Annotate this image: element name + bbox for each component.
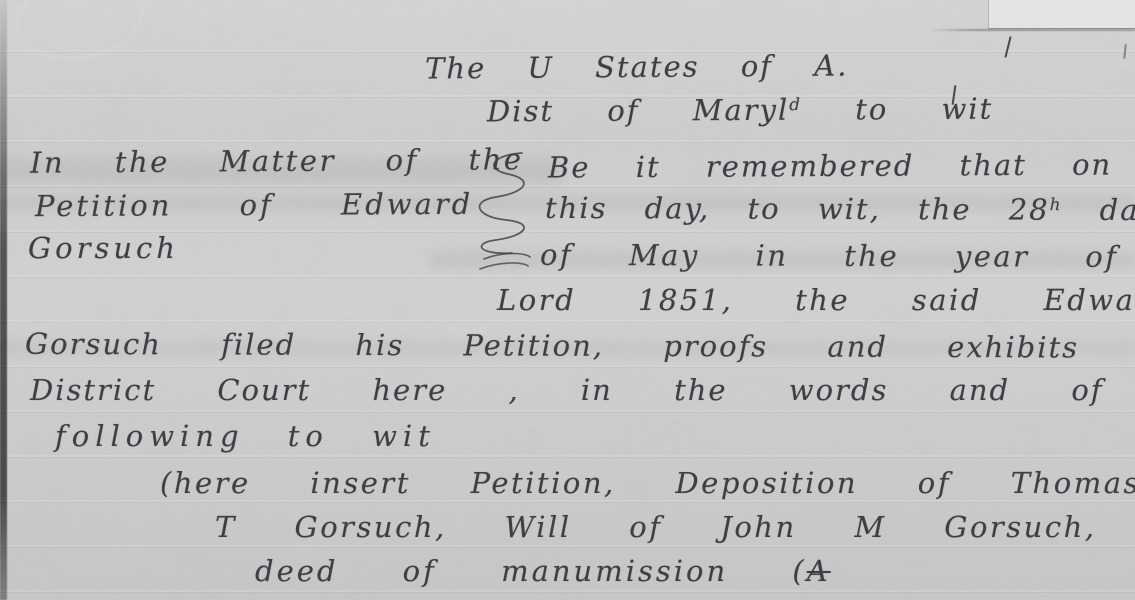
handwritten-line-8: of May in the year of our xyxy=(540,238,1135,274)
handwritten-line-9: Lord 1851, the said Edward xyxy=(497,283,1135,317)
handwritten-text: T Gorsuch, Will of John M Gorsuch, and xyxy=(215,510,1135,544)
handwritten-text: Lord 1851, the said Edward xyxy=(497,283,1135,317)
handwritten-text: Dist of Maryl xyxy=(487,93,789,129)
struck-out-character: A xyxy=(807,554,831,588)
handwritten-line-6: Be it remembered that on xyxy=(548,148,1112,185)
handwritten-line-11: District Court here , in the words and o… xyxy=(30,373,1135,407)
handwritten-text: (here insert Petition, Deposition of Tho… xyxy=(160,466,1135,500)
handwritten-line-5: Gorsuch xyxy=(28,231,179,265)
handwritten-text: Petition of Edward xyxy=(35,187,473,223)
handwritten-text: following to wit xyxy=(55,419,436,453)
handwritten-text: d xyxy=(789,94,802,114)
handwritten-text: of May in the year of our xyxy=(540,238,1135,274)
handwritten-text: District Court here , in the words and o… xyxy=(30,373,1135,407)
document-page: The U States of A.Dist of Maryld to witI… xyxy=(0,0,1135,600)
handwritten-text: Be it remembered that on xyxy=(548,148,1112,185)
handwritten-line-2: Dist of Maryld to wit xyxy=(487,92,993,129)
handwritten-text: Gorsuch filed his Petition, proofs and e… xyxy=(25,327,1135,365)
top-right-seam-line xyxy=(928,29,1135,31)
handwritten-line-7: this day, to wit, the 28h day xyxy=(545,191,1135,227)
handwritten-line-3: In the Matter of the xyxy=(30,142,524,179)
handwritten-line-4: Petition of Edward xyxy=(35,187,473,223)
handwritten-text: h xyxy=(1050,194,1063,214)
handwritten-text: this day, to wit, the 28 xyxy=(545,191,1050,227)
embossed-watermark xyxy=(11,0,147,66)
ink-tick-mark-3 xyxy=(1123,44,1127,59)
handwritten-line-13: (here insert Petition, Deposition of Tho… xyxy=(160,466,1135,500)
handwritten-text: Gorsuch xyxy=(28,231,179,265)
top-right-paper-patch xyxy=(988,0,1135,29)
handwritten-line-10: Gorsuch filed his Petition, proofs and e… xyxy=(25,327,1135,365)
page-left-edge-shadow xyxy=(0,0,7,600)
handwritten-text: to wit xyxy=(802,92,993,127)
handwritten-line-12: following to wit xyxy=(55,419,436,453)
ink-tick-mark-2 xyxy=(1004,36,1011,58)
handwritten-text: The U States of A. xyxy=(425,49,849,86)
handwritten-text: deed of manumission ( xyxy=(255,554,807,588)
handwritten-line-15: deed of manumission (A xyxy=(255,554,831,588)
handwritten-line-14: T Gorsuch, Will of John M Gorsuch, and xyxy=(215,510,1135,544)
handwritten-text: day xyxy=(1062,193,1135,227)
handwritten-line-1: The U States of A. xyxy=(425,49,849,86)
handwritten-text: In the Matter of the xyxy=(30,142,524,179)
